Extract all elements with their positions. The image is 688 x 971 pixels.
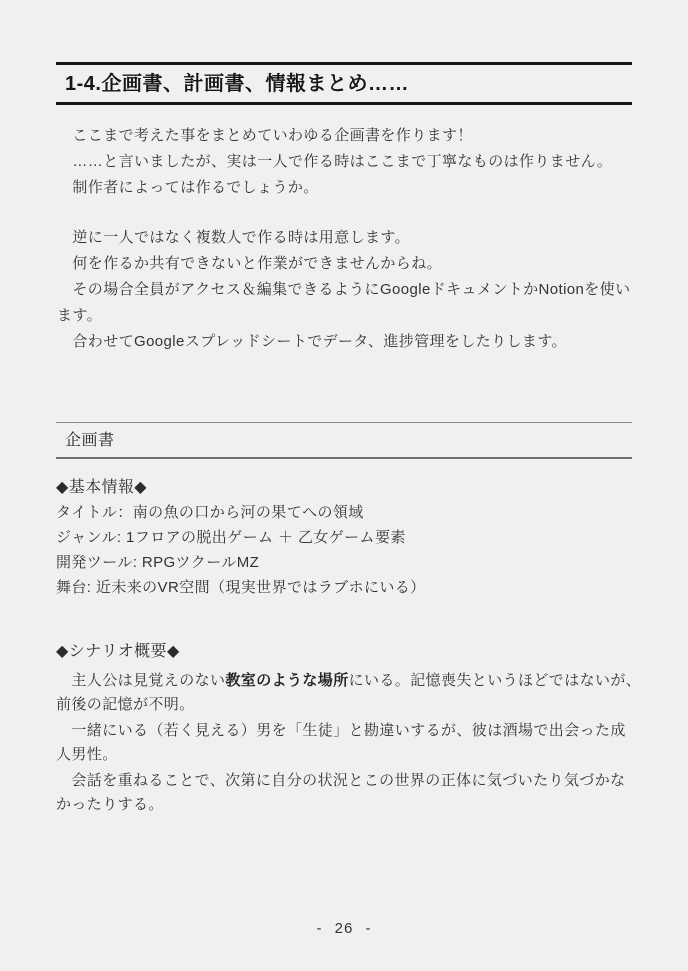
text-line: ……と言いましたが、実は一人で作る時はここまで丁寧なものは作りません。 xyxy=(56,149,632,175)
basic-info-heading: ◆基本情報◆ xyxy=(56,475,632,500)
text-line: 会話を重ねることで、次第に自分の状況とこの世界の正体に気づいたり気づかな xyxy=(56,769,632,793)
text-line: ます。 xyxy=(56,303,632,329)
basic-info-title: タイトル：南の魚の口から河の果てへの領域 xyxy=(56,500,632,525)
basic-info-block: ◆基本情報◆ タイトル：南の魚の口から河の果てへの領域 ジャンル: 1フロアの脱… xyxy=(56,475,632,600)
text-line: 合わせてGoogleスプレッドシートでデータ、進捗管理をしたりします。 xyxy=(56,329,632,355)
text-line: 何を作るか共有できないと作業ができませんからね。 xyxy=(56,251,632,277)
page-number: - 26 - xyxy=(0,920,688,937)
scenario-heading: ◆シナリオ概要◆ xyxy=(56,640,632,664)
scenario-paragraph-1: 主人公は見覚えのない教室のような場所にいる。記憶喪失というほどではないが、 前後… xyxy=(56,669,632,717)
text-line: 逆に一人ではなく複数人で作る時は用意します。 xyxy=(56,225,632,251)
page-title: 1-4.企画書、計画書、情報まとめ…… xyxy=(56,65,632,102)
plan-section-heading-block: 企画書 xyxy=(56,422,632,459)
intro-paragraph-1: ここまで考えた事をまとめていわゆる企画書を作ります！ ……と言いましたが、実は一… xyxy=(56,123,632,201)
basic-info-tool: 開発ツール: RPGツクールMZ xyxy=(56,550,632,575)
text-line: 一緒にいる（若く見える）男を「生徒」と勘違いするが、彼は酒場で出会った成 xyxy=(56,719,632,743)
page-content: 1-4.企画書、計画書、情報まとめ…… ここまで考えた事をまとめていわゆる企画書… xyxy=(56,0,632,817)
section-bottom-rule xyxy=(56,457,632,459)
text-segment: にいる。記憶喪失というほどではないが、 xyxy=(349,672,642,689)
document-page: 1-4.企画書、計画書、情報まとめ…… ここまで考えた事をまとめていわゆる企画書… xyxy=(0,0,688,971)
text-line: 制作者によっては作るでしょうか。 xyxy=(56,175,632,201)
bold-text-segment: 教室のような場所 xyxy=(225,672,348,689)
title-bottom-rule xyxy=(56,102,632,105)
scenario-paragraph-3: 会話を重ねることで、次第に自分の状況とこの世界の正体に気づいたり気づかな かった… xyxy=(56,769,632,817)
text-line: かったりする。 xyxy=(56,793,632,817)
basic-info-setting: 舞台: 近未来のVR空間（現実世界ではラブホにいる） xyxy=(56,575,632,600)
text-line: 人男性。 xyxy=(56,743,632,767)
scenario-block: ◆シナリオ概要◆ 主人公は見覚えのない教室のような場所にいる。記憶喪失というほど… xyxy=(56,640,632,817)
basic-info-genre: ジャンル: 1フロアの脱出ゲーム ＋ 乙女ゲーム要素 xyxy=(56,525,632,550)
document-title-block: 1-4.企画書、計画書、情報まとめ…… xyxy=(56,62,632,105)
scenario-paragraph-2: 一緒にいる（若く見える）男を「生徒」と勘違いするが、彼は酒場で出会った成 人男性… xyxy=(56,719,632,767)
text-line: ここまで考えた事をまとめていわゆる企画書を作ります！ xyxy=(56,123,632,149)
text-line: 前後の記憶が不明。 xyxy=(56,693,632,717)
text-line: その場合全員がアクセス＆編集できるようにGoogleドキュメントかNotionを… xyxy=(56,277,632,303)
text-line: 主人公は見覚えのない教室のような場所にいる。記憶喪失というほどではないが、 xyxy=(56,669,632,693)
text-segment: 主人公は見覚えのない xyxy=(56,672,225,689)
section-title: 企画書 xyxy=(56,423,632,457)
intro-paragraph-2: 逆に一人ではなく複数人で作る時は用意します。 何を作るか共有できないと作業ができ… xyxy=(56,225,632,355)
